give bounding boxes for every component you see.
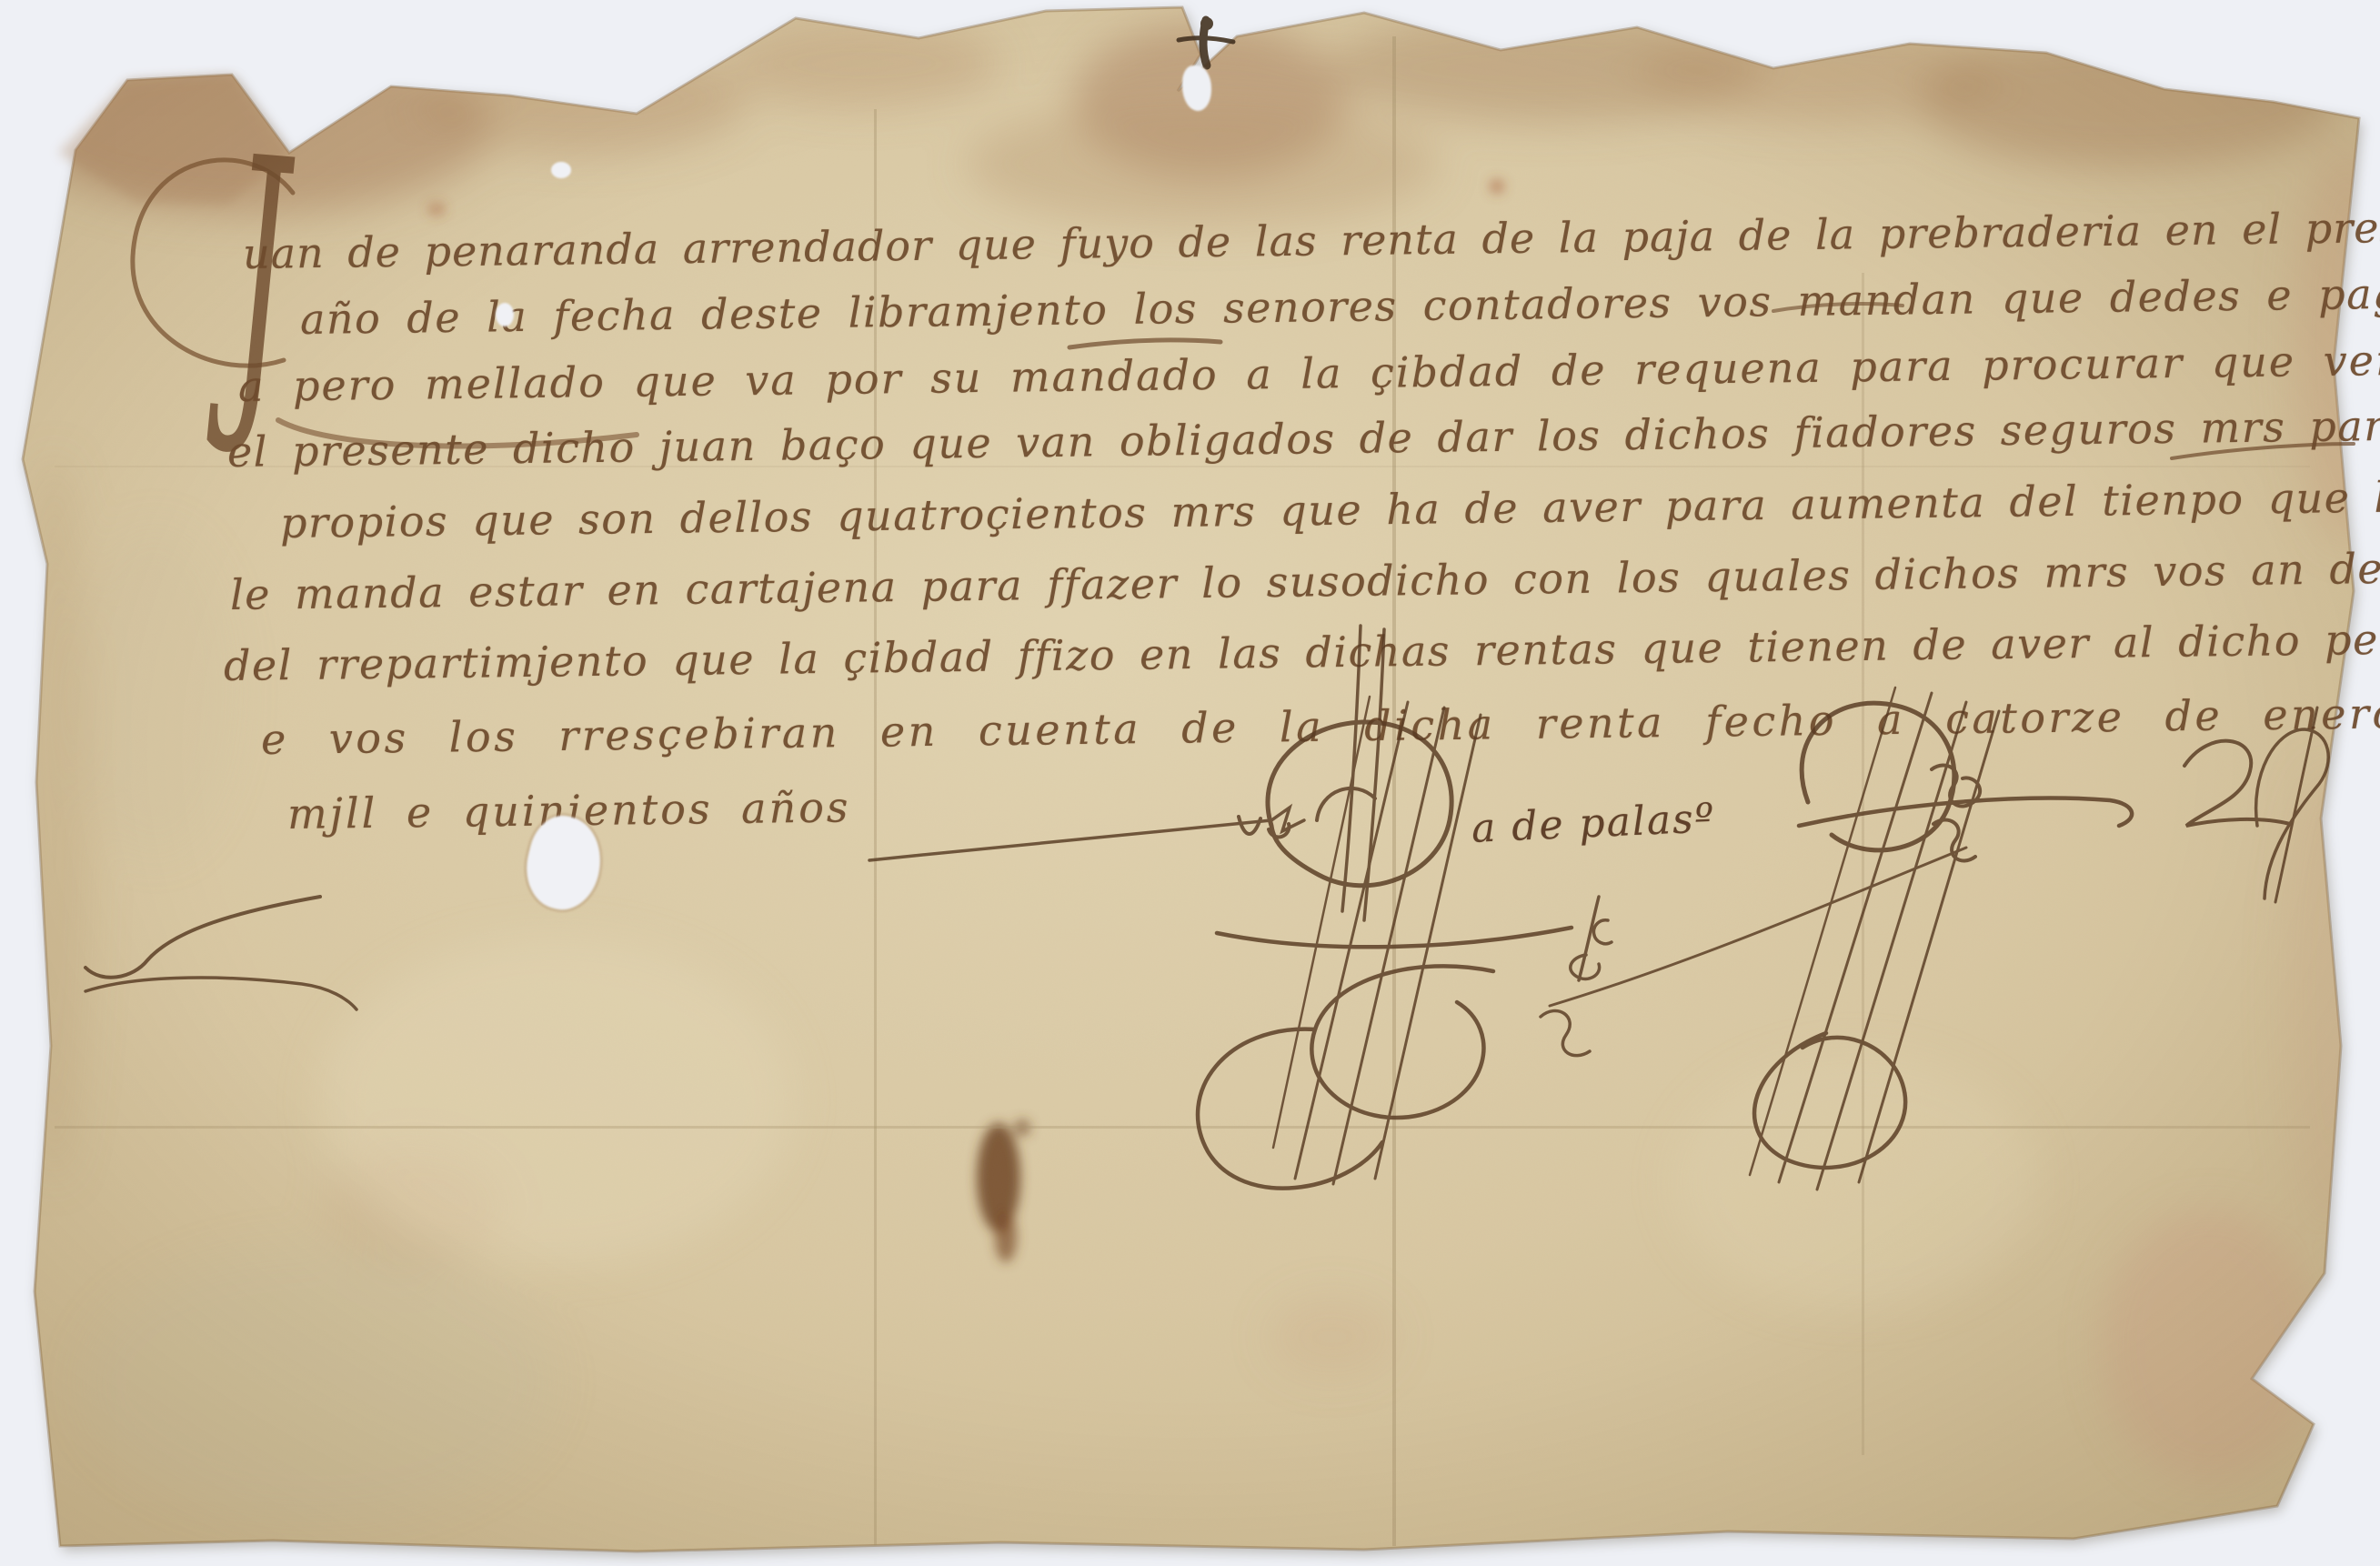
signature-rubric-left: [1198, 626, 1572, 1189]
scanned-manuscript: J uan de penaranda arrendador que fuyo d…: [0, 0, 2380, 1566]
notary-paraph-marks: [1541, 897, 1612, 1056]
signature-rubric-right: [1550, 688, 2132, 1190]
signatures-overlay: [0, 0, 2380, 1566]
rubric-flourish-right-margin: [2184, 708, 2328, 902]
line-ending-flourishes: [85, 808, 1304, 1009]
